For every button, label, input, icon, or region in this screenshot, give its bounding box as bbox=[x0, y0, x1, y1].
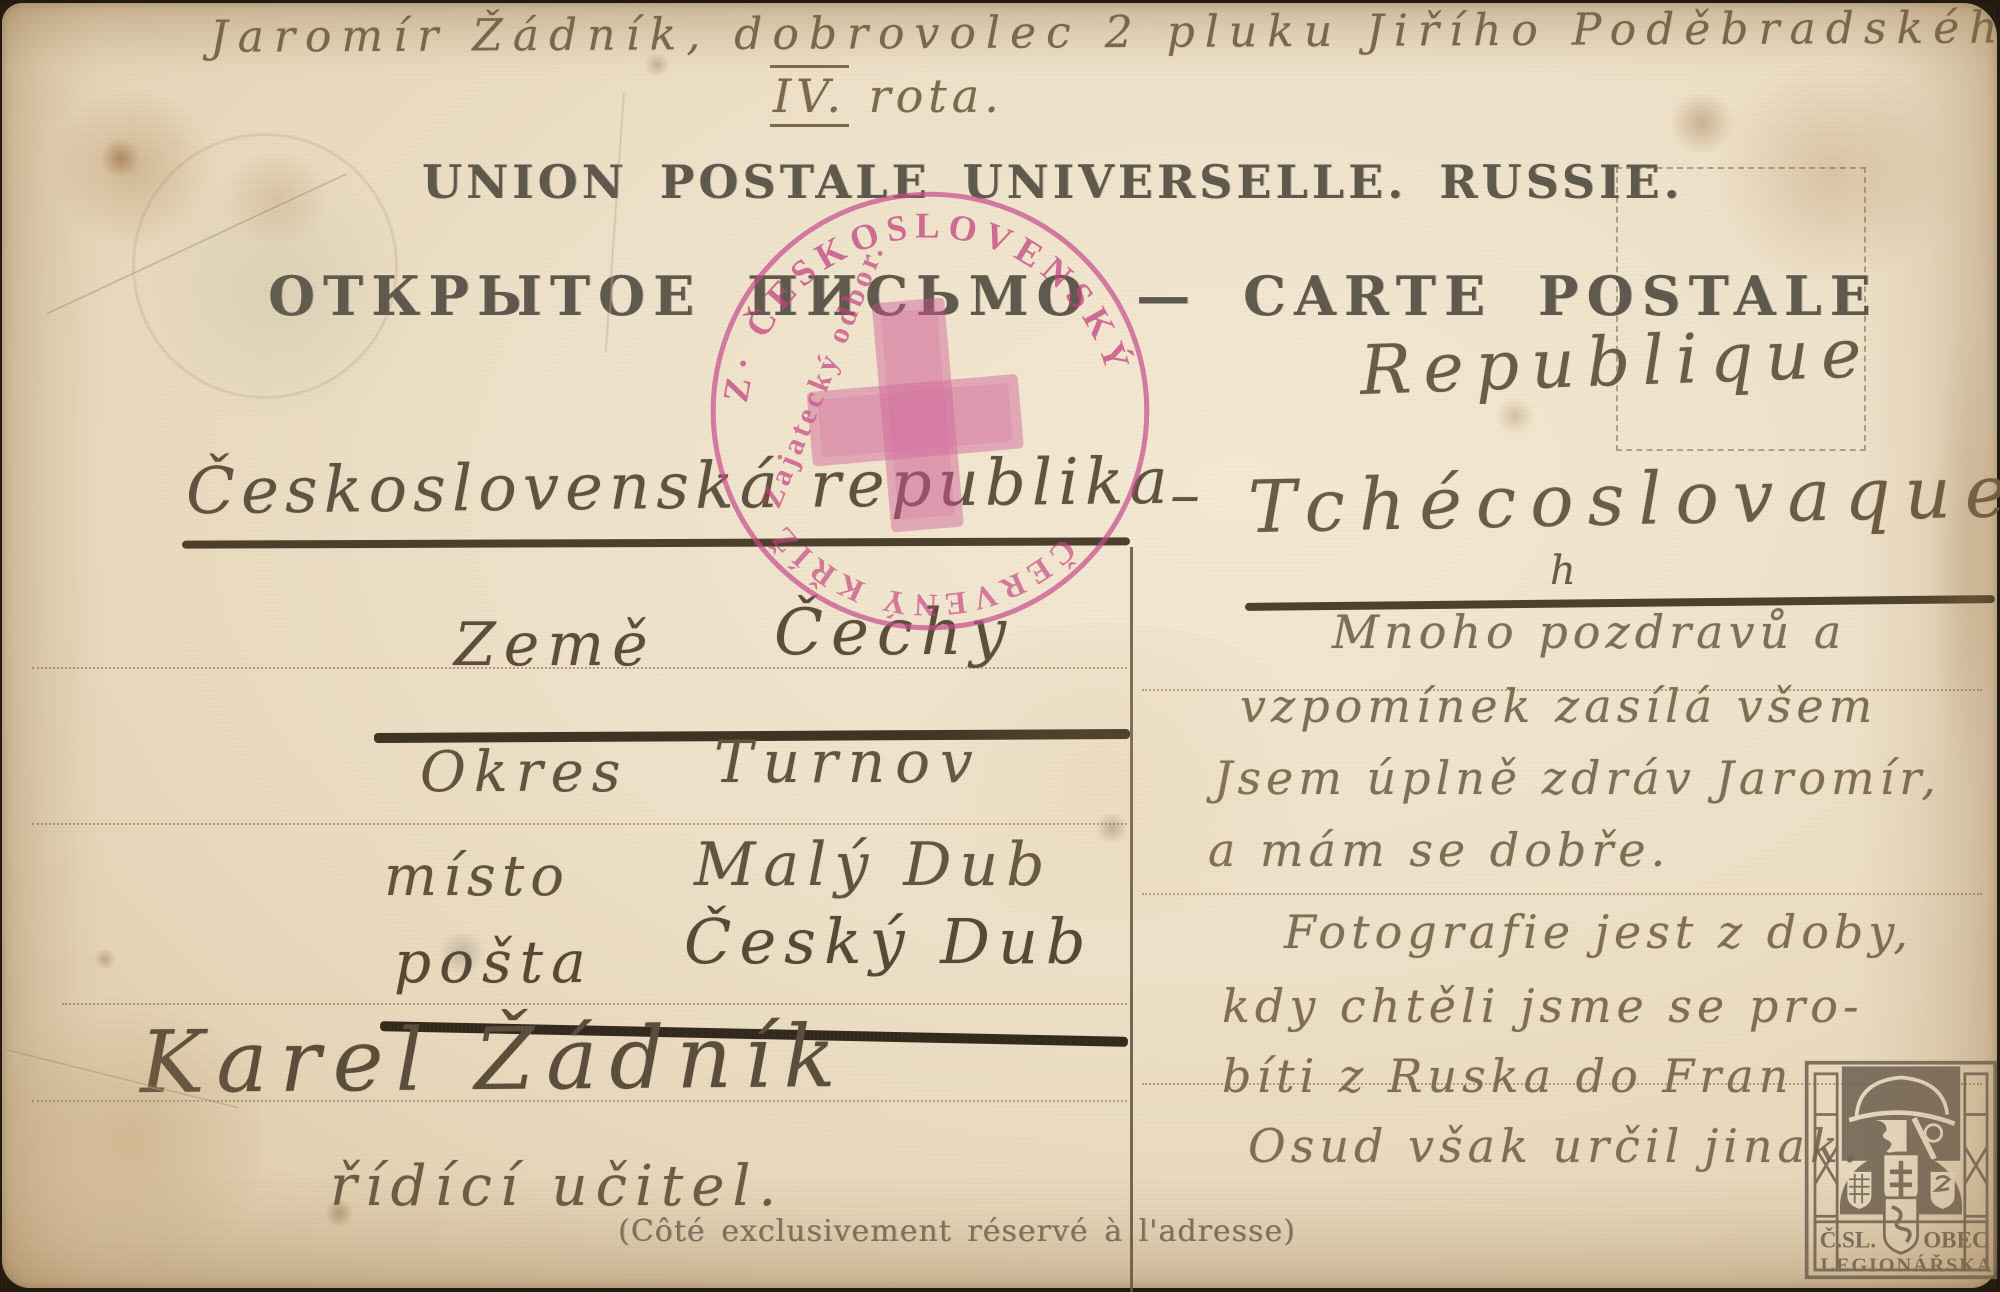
stain bbox=[1932, 303, 2000, 803]
district-label: Okres bbox=[420, 745, 629, 801]
recipient-title: řídící učitel. bbox=[330, 1159, 784, 1215]
message-line: vzpomínek zasílá všem bbox=[1240, 683, 1877, 729]
message-line: a mám se dobře. bbox=[1208, 827, 1670, 873]
ghost-postmark-circle bbox=[132, 133, 398, 399]
message-line: kdy chtěli jsme se pro- bbox=[1222, 983, 1864, 1029]
address-side-note: (Côté exclusivement réservé à l'adresse) bbox=[618, 1217, 1296, 1247]
country-french-word2: Tchécoslovaque bbox=[1247, 455, 2000, 543]
district-value: Turnov bbox=[714, 733, 983, 791]
scanned-postcard-photo: UNION POSTALE UNIVERSELLE. RUSSIE. ОТКРЫ… bbox=[0, 0, 2000, 1292]
postcard-back: UNION POSTALE UNIVERSELLE. RUSSIE. ОТКРЫ… bbox=[2, 3, 1997, 1288]
stain bbox=[1092, 813, 1132, 843]
insert-mark: h bbox=[1550, 551, 1576, 591]
recipient-name: Karel Žádník bbox=[140, 1014, 848, 1106]
country-dash: – bbox=[1170, 465, 1200, 525]
logo-text-csl: Č.SL. bbox=[1820, 1227, 1877, 1254]
sender-note-line1: Jaromír Žádník, dobrovolec 2 pluku Jiříh… bbox=[210, 6, 2000, 60]
message-line: Jsem úplně zdráv Jaromír, bbox=[1214, 755, 1941, 801]
post-value: Český Dub bbox=[684, 911, 1094, 973]
message-line: bíti z Ruska do Fran bbox=[1222, 1053, 1793, 1099]
guide-line bbox=[62, 1003, 1127, 1005]
guide-line bbox=[32, 823, 1127, 825]
center-divider-line bbox=[1130, 547, 1133, 1292]
red-cross-censor-stamp: Z· ČESKOSLOVENSKÝ ČERVENÝ KŘÍŽ Zajatecký… bbox=[690, 169, 1174, 653]
place-label: místo bbox=[384, 849, 570, 905]
country-french-word1: Republique bbox=[1359, 320, 1874, 406]
message-line: Osud však určil jinak. bbox=[1248, 1123, 1862, 1169]
stain bbox=[97, 138, 143, 178]
company-numeral: IV. bbox=[770, 65, 849, 127]
stamp-arc-bottom-text: ČERVENÝ KŘÍŽ bbox=[760, 516, 1084, 624]
stain bbox=[1662, 93, 1742, 153]
place-value: Malý Dub bbox=[694, 835, 1053, 895]
logo-text-obec: OBEC bbox=[1923, 1228, 1989, 1254]
logo-text-legionarska: LEGIONÁŘSKA bbox=[1821, 1253, 1994, 1277]
post-label: pošta bbox=[394, 933, 594, 991]
sender-note-line2: IV. rota. bbox=[770, 73, 1004, 119]
message-line: Mnoho pozdravů a bbox=[1332, 609, 1846, 655]
message-line: Fotografie jest z doby, bbox=[1284, 909, 1913, 955]
svg-text:ČERVENÝ KŘÍŽ: ČERVENÝ KŘÍŽ bbox=[760, 516, 1084, 624]
company-rest: rota. bbox=[849, 69, 1004, 123]
stain bbox=[92, 948, 118, 970]
legion-watermark-logo: Č.SL. OBEC LEGIONÁŘSKA bbox=[1802, 1059, 2000, 1281]
guide-line bbox=[1142, 893, 1982, 895]
land-label: Země bbox=[454, 615, 656, 675]
